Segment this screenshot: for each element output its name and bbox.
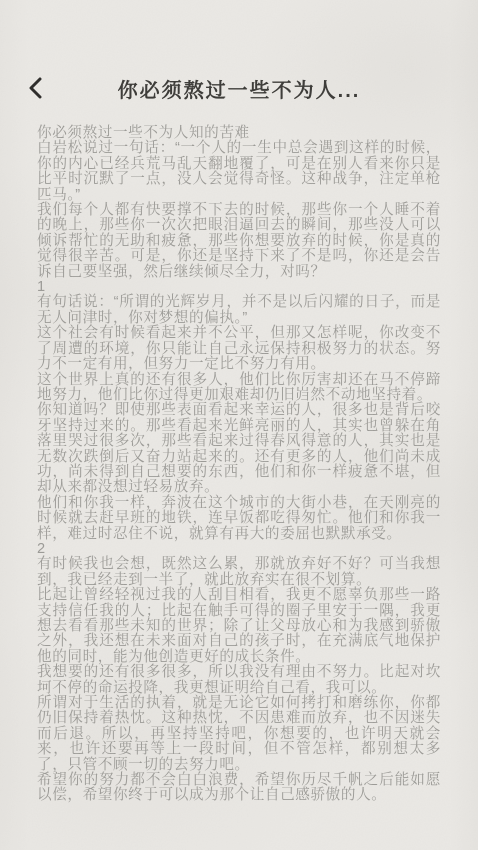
article-paragraph: 所谓对于生活的执着，就是无论它如何拷打和磨练你，你都仍旧保持着热忱。这种热忱，不… [37, 696, 441, 773]
article-paragraph: 我们每个人都有快要撑不下去的时候，那些你一个人睡不着的晚上，那些你一次次把眼泪逼… [37, 203, 441, 280]
article-paragraph: 白岩松说过一句话：“一个人的一生中总会遇到这样的时候，你的内心已经兵荒马乱天翻地… [37, 141, 441, 203]
back-button[interactable] [18, 70, 52, 106]
article-body[interactable]: 你必须熬过一些不为人知的苦难白岩松说过一句话：“一个人的一生中总会遇到这样的时候… [37, 126, 441, 804]
article-paragraph: 有句话说：“所谓的光辉岁月，并不是以后闪耀的日子，而是无人问津时，你对梦想的偏执… [37, 295, 441, 326]
article-paragraph: 他们和你我一样，奔波在这个城市的大街小巷，在天刚亮的时候就去赶早班的地铁，连早饭… [37, 496, 441, 542]
article-paragraph: 希望你的努力都不会白白浪费，希望你历尽千帆之后能如愿以偿，希望你终于可以成为那个… [37, 773, 441, 804]
page-title: 你必须熬过一些不为人... [118, 74, 361, 103]
reader-header: 你必须熬过一些不为人... [0, 70, 478, 106]
reader-screen: 你必须熬过一些不为人... 你必须熬过一些不为人知的苦难白岩松说过一句话：“一个… [0, 0, 478, 850]
chevron-left-icon [28, 77, 42, 99]
article-paragraph: 我想要的还有很多很多，所以我没有理由不努力。比起对坎坷不停的命运投降，我更想证明… [37, 665, 441, 696]
article-paragraph: 这个社会有时候看起来并不公平，但那又怎样呢，你改变不了周遭的环境，你只能让自己永… [37, 326, 441, 372]
article-paragraph: 比起让曾经轻视过我的人刮目相看，我更不愿辜负那些一路支持信任我的人；比起在触手可… [37, 588, 441, 665]
article-paragraph: 这个世界上真的还有很多人，他们比你厉害却还在马不停蹄地努力，他们比你过得更加艰难… [37, 373, 441, 404]
article-paragraph: 有时候我也会想，既然这么累，那就放弃好不好？可当我想到，我已经走到一半了，就此放… [37, 557, 441, 588]
article-paragraph: 你知道吗？即使那些表面看起来幸运的人，很多也是背后咬牙坚持过来的。那些看起来光鲜… [37, 403, 441, 495]
